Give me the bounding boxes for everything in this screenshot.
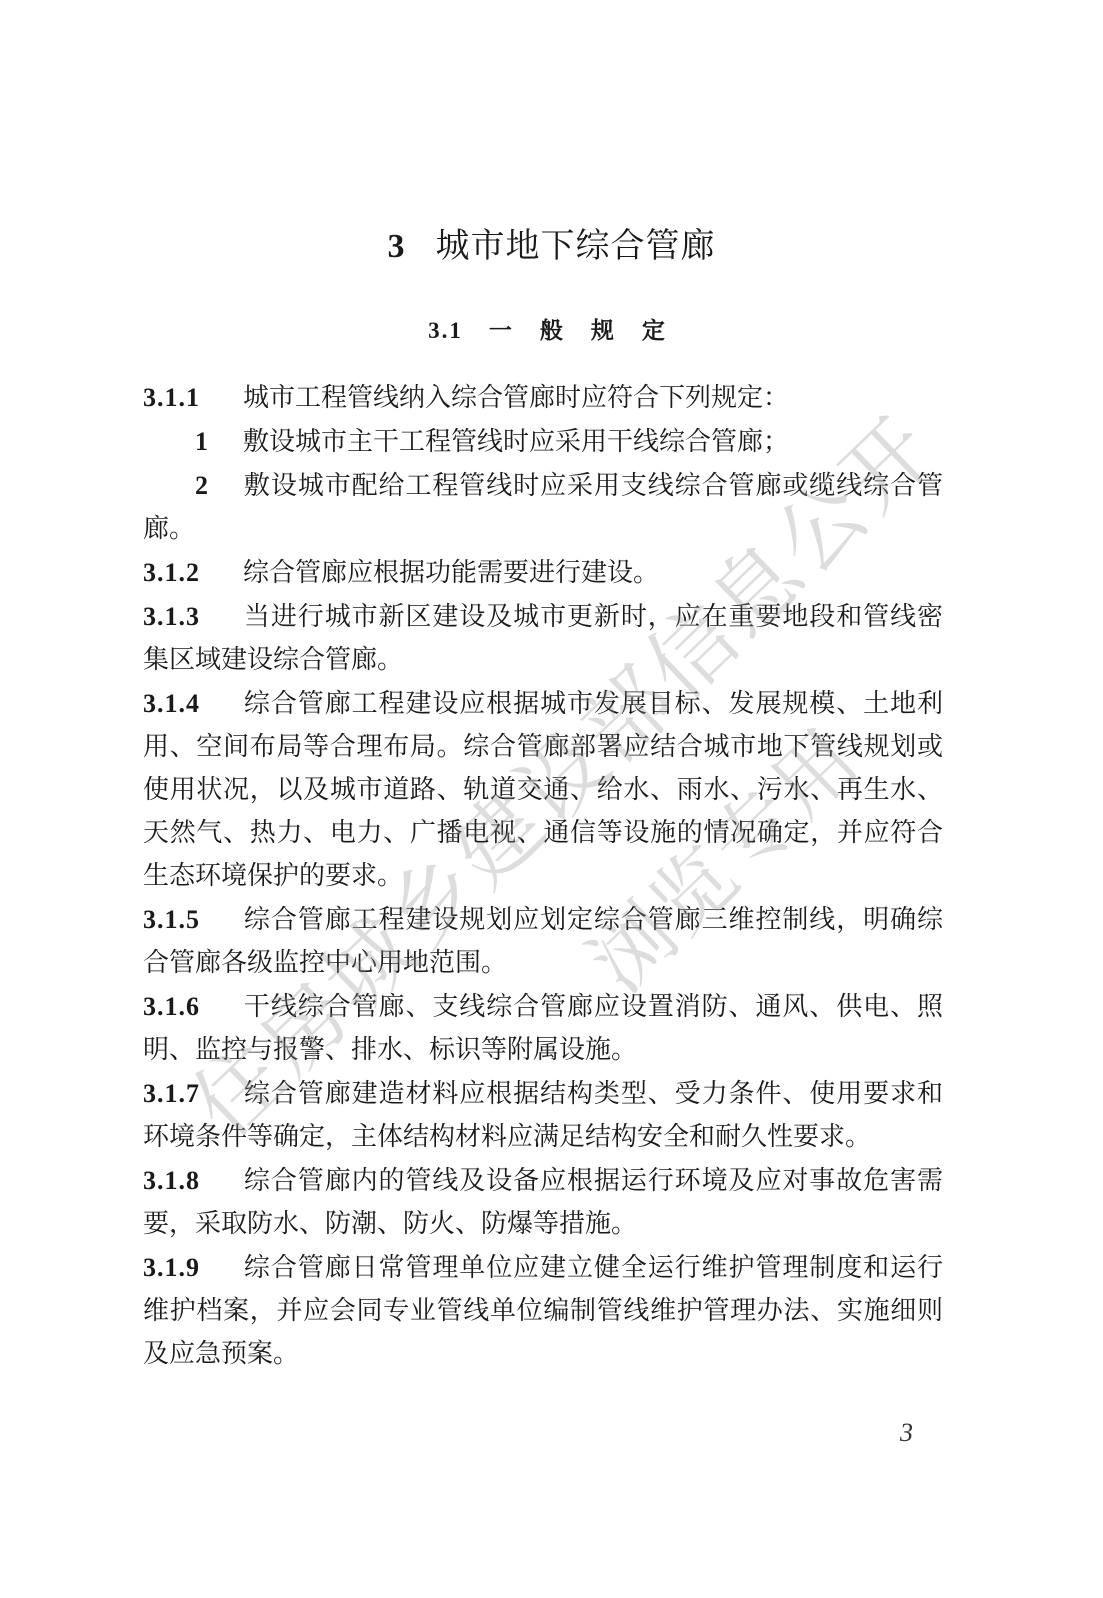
clause-3-1-4: 3.1.4综合管廊工程建设应根据城市发展目标、发展规模、土地利用、空间布局等合理…	[143, 682, 943, 898]
item-text: 敷设城市配给工程管线时应采用支线综合管廊或缆线综合管廊。	[143, 471, 943, 544]
clause-text: 综合管廊内的管线及设备应根据运行环境及应对事故危害需要，采取防水、防潮、防火、防…	[143, 1166, 943, 1239]
clause-3-1-6: 3.1.6干线综合管廊、支线综合管廊应设置消防、通风、供电、照明、监控与报警、排…	[143, 985, 943, 1072]
clause-number: 3.1.6	[143, 985, 243, 1028]
chapter-heading: 3城市地下综合管廊	[0, 218, 1103, 267]
section-title: 一 般 规 定	[489, 317, 675, 344]
clause-number: 3.1.5	[143, 898, 243, 941]
clause-number: 3.1.9	[143, 1246, 243, 1289]
clause-text: 综合管廊工程建设应根据城市发展目标、发展规模、土地利用、空间布局等合理布局。综合…	[143, 689, 943, 891]
clause-item-1: 1敷设城市主干工程管线时应采用干线综合管廊；	[143, 420, 943, 464]
clause-item-2: 2敷设城市配给工程管线时应采用支线综合管廊或缆线综合管廊。	[143, 464, 943, 551]
clause-3-1-8: 3.1.8综合管廊内的管线及设备应根据运行环境及应对事故危害需要，采取防水、防潮…	[143, 1159, 943, 1246]
clause-number: 3.1.4	[143, 682, 243, 725]
item-text: 敷设城市主干工程管线时应采用干线综合管廊；	[243, 427, 789, 457]
page-number: 3	[900, 1418, 913, 1448]
clause-3-1-9: 3.1.9综合管廊日常管理单位应建立健全运行维护管理制度和运行维护档案，并应会同…	[143, 1246, 943, 1376]
clause-number: 3.1.8	[143, 1159, 243, 1202]
clause-3-1-7: 3.1.7综合管廊建造材料应根据结构类型、受力条件、使用要求和环境条件等确定，主…	[143, 1072, 943, 1159]
section-number: 3.1	[428, 318, 463, 343]
clause-3-1-3: 3.1.3当进行城市新区建设及城市更新时，应在重要地段和管线密集区域建设综合管廊…	[143, 595, 943, 682]
item-number: 1	[195, 420, 243, 463]
clause-number: 3.1.1	[143, 376, 243, 419]
clause-text: 干线综合管廊、支线综合管廊应设置消防、通风、供电、照明、监控与报警、排水、标识等…	[143, 992, 943, 1065]
clause-text: 城市工程管线纳入综合管廊时应符合下列规定：	[243, 383, 789, 413]
document-page: 3城市地下综合管廊 3.1一 般 规 定 3.1.1城市工程管线纳入综合管廊时应…	[0, 0, 1103, 1598]
item-number: 2	[195, 464, 243, 507]
clause-text: 综合管廊工程建设规划应划定综合管廊三维控制线，明确综合管廊各级监控中心用地范围。	[143, 905, 943, 978]
clause-number: 3.1.2	[143, 551, 243, 594]
clause-3-1-1: 3.1.1城市工程管线纳入综合管廊时应符合下列规定：	[143, 376, 943, 420]
clause-3-1-2: 3.1.2综合管廊应根据功能需要进行建设。	[143, 551, 943, 595]
chapter-title: 城市地下综合管廊	[436, 226, 716, 266]
clause-text: 综合管廊日常管理单位应建立健全运行维护管理制度和运行维护档案，并应会同专业管线单…	[143, 1253, 943, 1369]
clause-text: 当进行城市新区建设及城市更新时，应在重要地段和管线密集区域建设综合管廊。	[143, 602, 943, 675]
clause-3-1-5: 3.1.5综合管廊工程建设规划应划定综合管廊三维控制线，明确综合管廊各级监控中心…	[143, 898, 943, 985]
clause-text: 综合管廊应根据功能需要进行建设。	[243, 558, 659, 588]
clause-list: 3.1.1城市工程管线纳入综合管廊时应符合下列规定： 1敷设城市主干工程管线时应…	[143, 376, 943, 1376]
clause-number: 3.1.7	[143, 1072, 243, 1115]
clause-text: 综合管廊建造材料应根据结构类型、受力条件、使用要求和环境条件等确定，主体结构材料…	[143, 1079, 943, 1152]
chapter-number: 3	[388, 228, 406, 265]
clause-number: 3.1.3	[143, 595, 243, 638]
section-heading: 3.1一 般 规 定	[0, 312, 1103, 345]
